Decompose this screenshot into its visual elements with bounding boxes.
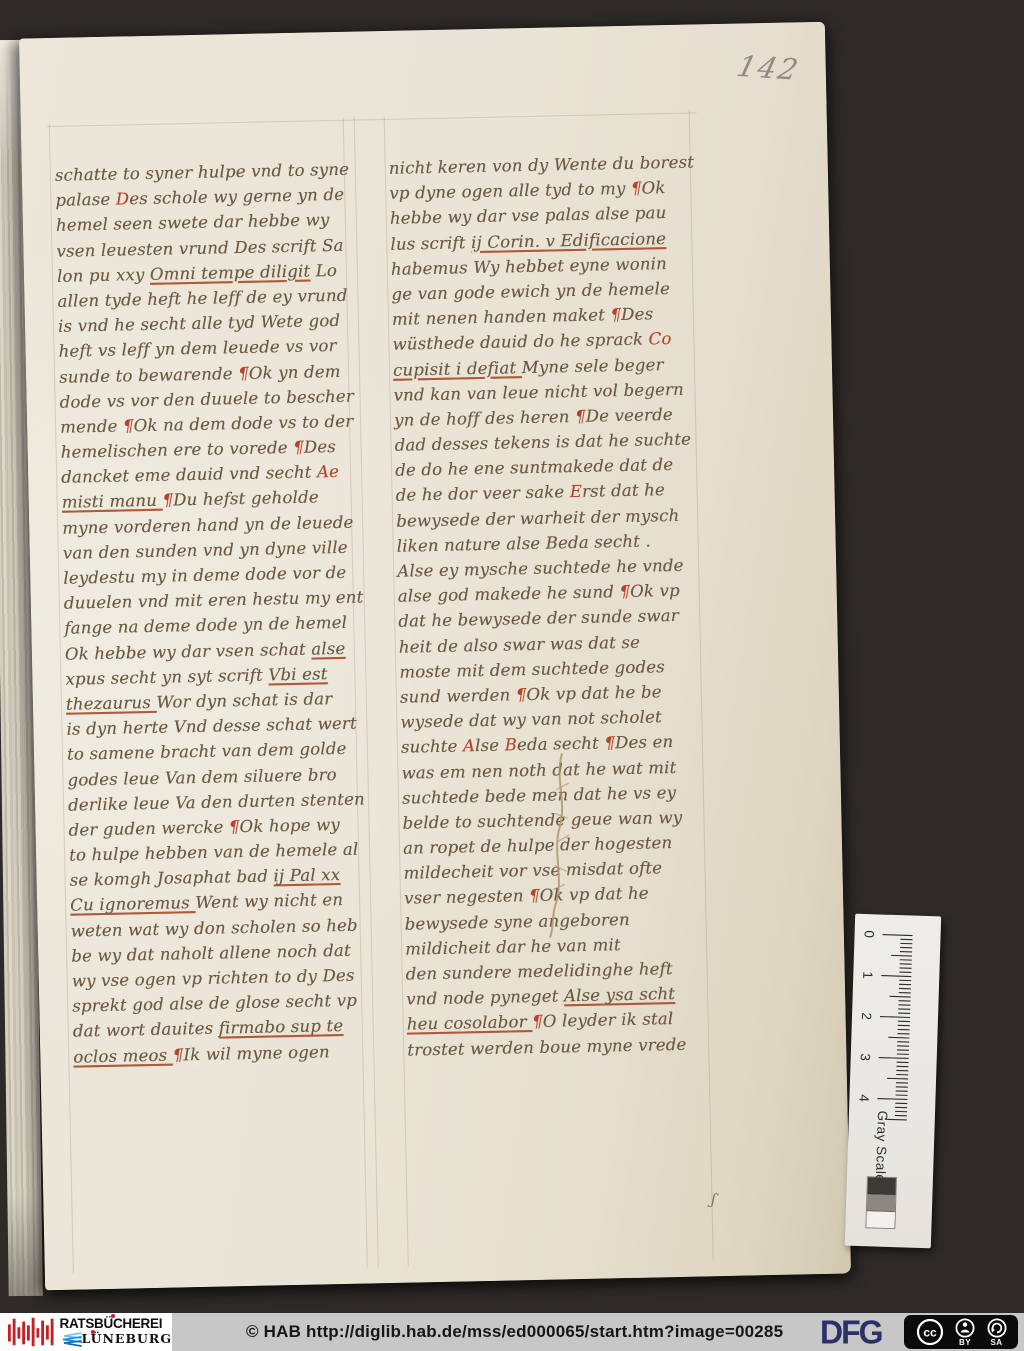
open-book-chevrons-icon xyxy=(60,1332,82,1347)
cc-by-person-icon xyxy=(955,1318,975,1338)
cc-license-badge[interactable]: cc BY SA xyxy=(904,1315,1018,1349)
dfg-logo[interactable]: DFG xyxy=(820,1313,882,1351)
library-logo: RATSBÜCHEREI LÜNEBURG xyxy=(0,1313,172,1351)
manuscript-column-left: schatte to syner hulpe vnd to synepalase… xyxy=(55,160,374,1073)
scan-backdrop: 142 schatte to syner hulpe vnd to synepa… xyxy=(0,0,1024,1351)
library-name-text: RATSBÜCHEREI xyxy=(60,1316,163,1331)
gray-scale-swatches xyxy=(865,1176,897,1229)
ruling-line xyxy=(47,112,697,127)
gray-swatch xyxy=(866,1211,894,1228)
manuscript-line: trostet werden boue myne vrede xyxy=(407,1034,713,1066)
manuscript-page: 142 schatte to syner hulpe vnd to synepa… xyxy=(19,22,851,1291)
library-city-text: LÜNEBURG xyxy=(82,1331,173,1346)
ruler-ticks xyxy=(865,930,929,1128)
parchment-repair-mark xyxy=(532,749,582,940)
library-name: RATSBÜCHEREI xyxy=(60,1317,173,1331)
gray-swatch xyxy=(867,1177,896,1195)
gray-swatch xyxy=(867,1194,896,1212)
credit-url-text[interactable]: © HAB http://diglib.hab.de/mss/ed000065/… xyxy=(246,1322,783,1342)
folio-number: 142 xyxy=(734,49,803,87)
cc-sa-label: SA xyxy=(990,1339,1002,1347)
red-umlaut-dot xyxy=(91,1330,95,1334)
svg-text:cc: cc xyxy=(923,1326,937,1340)
gray-scale-ruler: 01234 Gray Scale xyxy=(845,914,941,1249)
manuscript-line: oclos meos ¶Ik wil myne ogen xyxy=(73,1041,373,1072)
library-city: LÜNEBURG xyxy=(82,1333,173,1346)
red-umlaut-dot xyxy=(111,1314,115,1318)
library-bars-icon xyxy=(7,1316,55,1348)
cc-by-label: BY xyxy=(959,1339,971,1347)
ruler-numbers: 01234 xyxy=(855,914,941,917)
cc-icon: cc xyxy=(916,1318,944,1346)
footer-bar: RATSBÜCHEREI LÜNEBURG © HAB http://digli… xyxy=(0,1313,1024,1351)
cc-sa-arrow-icon xyxy=(987,1318,1007,1338)
